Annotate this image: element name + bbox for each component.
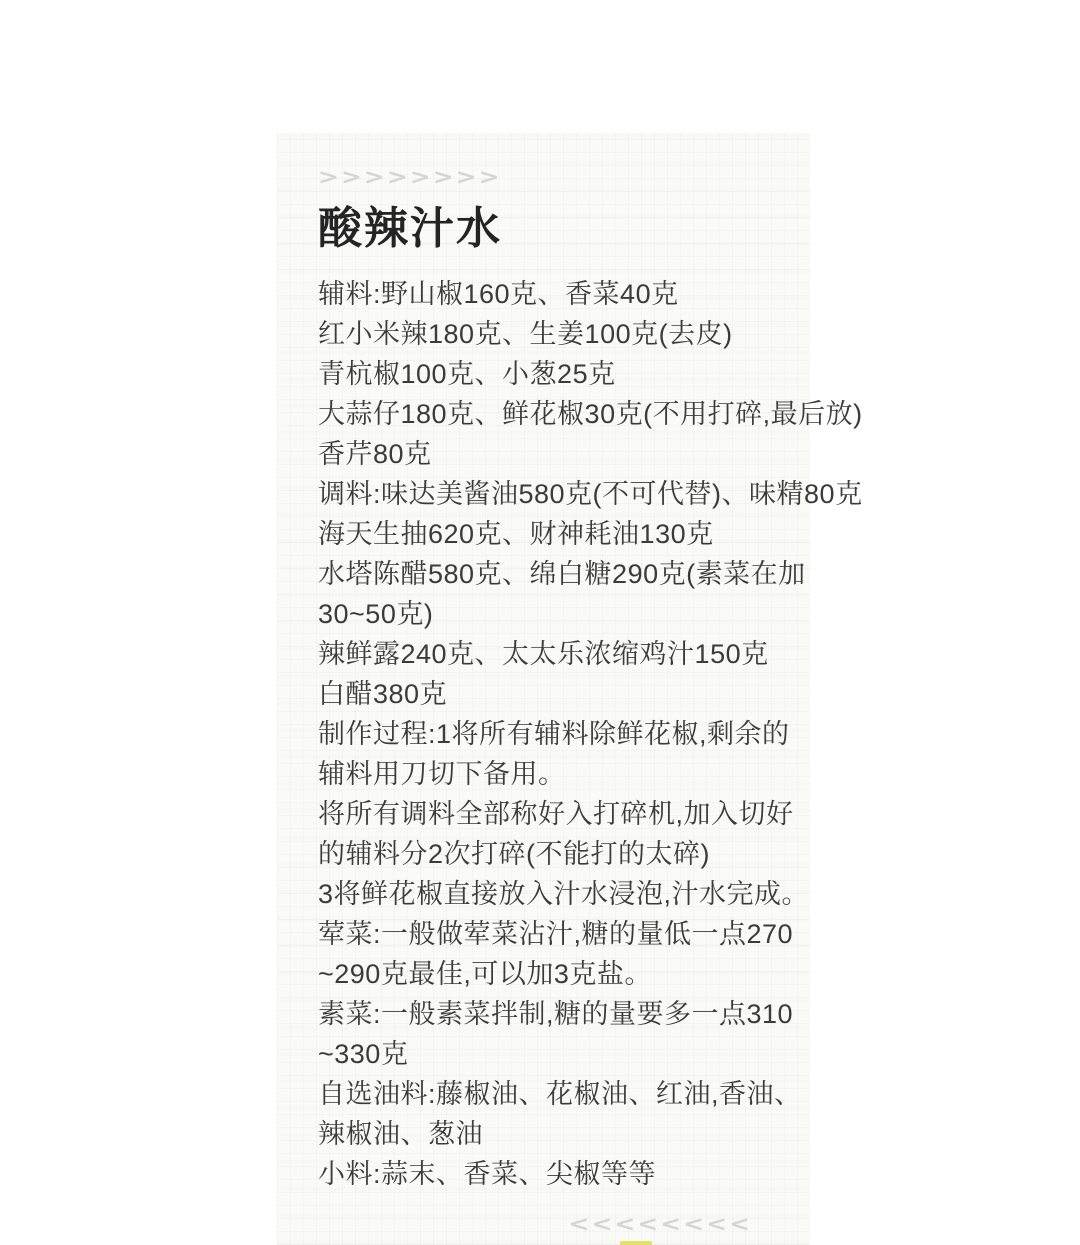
recipe-line: 的辅料分2次打碎(不能打的太碎): [318, 834, 770, 874]
cropped-yellow-element: [620, 1241, 652, 1245]
recipe-line: ~330克: [318, 1034, 770, 1074]
recipe-line: ~290克最佳,可以加3克盐。: [318, 954, 770, 994]
recipe-line: 青杭椒100克、小葱25克: [318, 354, 770, 394]
recipe-card-content: >>>>>>>> 酸辣汁水 辅料:野山椒160克、香菜40克红小米辣180克、生…: [277, 133, 810, 1245]
recipe-line: 海天生抽620克、财神耗油130克: [318, 514, 770, 554]
recipe-card: >>>>>>>> 酸辣汁水 辅料:野山椒160克、香菜40克红小米辣180克、生…: [277, 133, 810, 1245]
page: >>>>>>>> 酸辣汁水 辅料:野山椒160克、香菜40克红小米辣180克、生…: [0, 0, 1080, 1245]
recipe-line: 荤菜:一般做荤菜沾汁,糖的量低一点270: [318, 914, 770, 954]
recipe-line: 辅料用刀切下备用。: [318, 754, 770, 794]
recipe-line: 小料:蒜末、香菜、尖椒等等: [318, 1154, 770, 1194]
recipe-line: 辅料:野山椒160克、香菜40克: [318, 274, 770, 314]
recipe-line: 调料:味达美酱油580克(不可代替)、味精80克: [318, 474, 770, 514]
recipe-line: 水塔陈醋580克、绵白糖290克(素菜在加: [318, 554, 770, 594]
recipe-line: 将所有调料全部称好入打碎机,加入切好: [318, 794, 770, 834]
recipe-body: 辅料:野山椒160克、香菜40克红小米辣180克、生姜100克(去皮)青杭椒10…: [318, 274, 770, 1194]
chevrons-right-icon: >>>>>>>>: [318, 168, 770, 187]
chevrons-left-icon: <<<<<<<<: [568, 1215, 752, 1234]
recipe-line: 红小米辣180克、生姜100克(去皮): [318, 314, 770, 354]
recipe-line: 香芹80克: [318, 434, 770, 474]
recipe-line: 3将鲜花椒直接放入汁水浸泡,汁水完成。: [318, 874, 770, 914]
page-title: 酸辣汁水: [318, 204, 770, 254]
recipe-line: 辣鲜露240克、太太乐浓缩鸡汁150克: [318, 634, 770, 674]
recipe-line: 30~50克): [318, 594, 770, 634]
recipe-line: 大蒜仔180克、鲜花椒30克(不用打碎,最后放): [318, 394, 770, 434]
recipe-line: 自选油料:藤椒油、花椒油、红油,香油、: [318, 1074, 770, 1114]
recipe-line: 素菜:一般素菜拌制,糖的量要多一点310: [318, 994, 770, 1034]
recipe-line: 白醋380克: [318, 674, 770, 714]
recipe-line: 辣椒油、葱油: [318, 1114, 770, 1154]
recipe-line: 制作过程:1将所有辅料除鲜花椒,剩余的: [318, 714, 770, 754]
